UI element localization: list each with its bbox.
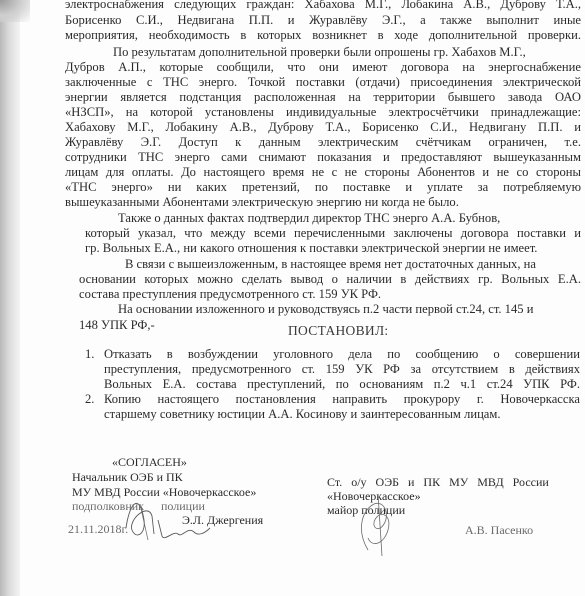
body-line: электроснабжения следующих граждан: Хаба… — [65, 0, 581, 12]
body-line: 148 УПК РФ,- — [79, 318, 155, 333]
body-line: Борисенко С.И., Недвигана П.П. и Журавлё… — [65, 13, 581, 28]
approval-label: «СОГЛАСЕН» — [112, 455, 187, 470]
resolution-number: 2. — [85, 392, 94, 407]
scanned-document-page: электроснабжения следующих граждан: Хаба… — [0, 0, 585, 596]
body-line: Хабахову М.Г., Лобакину А.В., Дуброву Т.… — [65, 120, 581, 135]
resolution-line: Отказать в возбуждении уголовного дела п… — [104, 347, 580, 362]
resolution-line: старшему советнику юстиции А.А. Косинову… — [104, 407, 501, 422]
body-line: На основании изложенного и руководствуяс… — [118, 302, 533, 317]
author-position: Ст. о/у ОЭБ и ПК МУ МВД России — [327, 475, 549, 490]
body-line: лицам для оплаты. До настоящего время не… — [65, 165, 581, 180]
resolution-number: 1. — [85, 347, 94, 362]
body-line: вышеуказанными Абонентами электрическую … — [65, 195, 459, 210]
body-line: мероприятия, необходимость в которых воз… — [65, 28, 581, 43]
body-line: «ТНС энерго» ни каких претензий, по пост… — [65, 180, 581, 195]
body-line: энергии является подстанция расположенна… — [65, 90, 581, 105]
body-line: гр. Вольных Е.А., ни какого отношения к … — [85, 241, 537, 256]
body-line: основании которых можно сделать вывод о … — [79, 272, 581, 287]
scan-edge-shadow — [0, 0, 20, 596]
author-signature-icon — [348, 490, 428, 560]
body-line: Дубров А.П., которые сообщили, что они и… — [65, 60, 581, 75]
author-name: А.В. Пасенко — [465, 523, 533, 538]
body-line: Также о данных фактах подтвердил директо… — [118, 211, 500, 226]
resolution-heading: ПОСТАНОВИЛ: — [288, 323, 388, 339]
resolution-line: преступления, предусмотренного ст. 159 У… — [104, 362, 580, 377]
scan-corner-shadow — [0, 0, 30, 22]
approval-signature-icon — [118, 490, 238, 550]
body-line: который указал, что между всеми перечисл… — [85, 226, 581, 241]
body-line: По результатам дополнительной проверки б… — [113, 45, 526, 60]
body-line: сотрудники ТНС энерго сами снимают показ… — [65, 150, 581, 165]
body-line: Журавлёву Э.Г. Доступ к данным электриче… — [65, 135, 581, 150]
approval-position: Начальник ОЭБ и ПК — [72, 470, 183, 485]
body-line: В связи с вышеизложенным, в настоящее вр… — [125, 257, 536, 272]
body-line: состава преступления предусмотренного ст… — [79, 287, 381, 302]
resolution-line: Вольных Е.А. состава преступлений, по ос… — [104, 377, 580, 392]
body-line: «НЗСП», на которой установлены индивидуа… — [65, 105, 581, 120]
body-line: заключенные с ТНС энерго. Точкой поставк… — [65, 75, 581, 90]
resolution-line: Копию настоящего постановления направить… — [104, 392, 580, 407]
